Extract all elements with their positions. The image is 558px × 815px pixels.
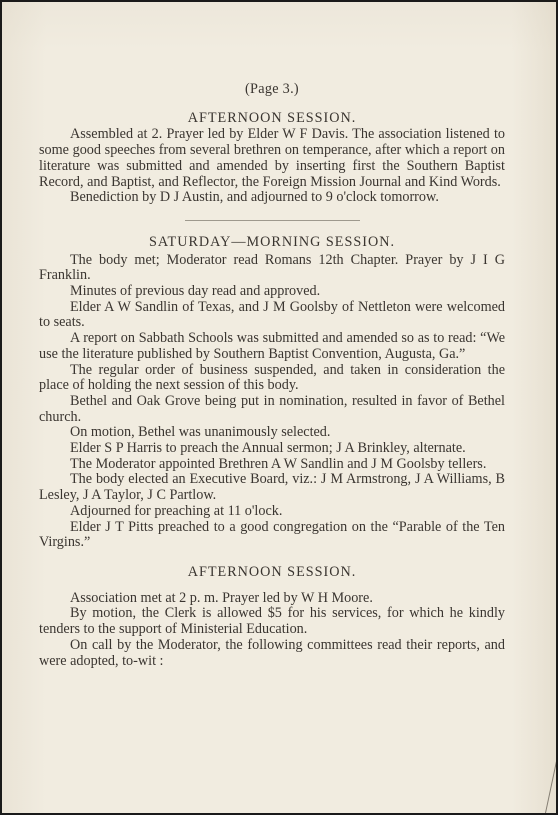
afternoon-session-2: AFTERNOON SESSION. Association met at 2 … (39, 565, 505, 669)
paragraph: On call by the Moderator, the following … (39, 638, 505, 669)
paragraph: Benediction by D J Austin, and adjourned… (39, 190, 505, 206)
paragraph: The body elected an Executive Board, viz… (39, 472, 505, 503)
section-heading: SATURDAY—MORNING SESSION. (39, 235, 505, 251)
paper-fold-mark (545, 753, 556, 813)
paragraph: Elder J T Pitts preached to a good congr… (39, 520, 505, 551)
section-heading: AFTERNOON SESSION. (39, 565, 505, 581)
saturday-morning-session: SATURDAY—MORNING SESSION. The body met; … (39, 235, 505, 551)
document-page: (Page 3.) AFTERNOON SESSION. Assembled a… (2, 2, 556, 813)
afternoon-session-1: AFTERNOON SESSION. Assembled at 2. Praye… (39, 111, 505, 206)
page-content: (Page 3.) AFTERNOON SESSION. Assembled a… (39, 82, 505, 669)
paragraph: Elder S P Harris to preach the Annual se… (39, 441, 505, 457)
paragraph: Assembled at 2. Prayer led by Elder W F … (39, 127, 505, 190)
section-divider (185, 220, 360, 221)
paragraph: Elder A W Sandlin of Texas, and J M Gool… (39, 300, 505, 331)
section-heading: AFTERNOON SESSION. (39, 111, 505, 127)
paragraph: Adjourned for preaching at 11 o'lock. (39, 504, 505, 520)
paragraph: Bethel and Oak Grove being put in nomina… (39, 394, 505, 425)
paragraph: The regular order of business suspended,… (39, 363, 505, 394)
paragraph: A report on Sabbath Schools was submitte… (39, 331, 505, 362)
paragraph: The body met; Moderator read Romans 12th… (39, 253, 505, 284)
paragraph: Association met at 2 p. m. Prayer led by… (39, 591, 505, 607)
page-number: (Page 3.) (39, 82, 505, 98)
paragraph: On motion, Bethel was unanimously select… (39, 425, 505, 441)
paragraph: Minutes of previous day read and approve… (39, 284, 505, 300)
paragraph: The Moderator appointed Brethren A W San… (39, 457, 505, 473)
paragraph: By motion, the Clerk is allowed $5 for h… (39, 606, 505, 637)
